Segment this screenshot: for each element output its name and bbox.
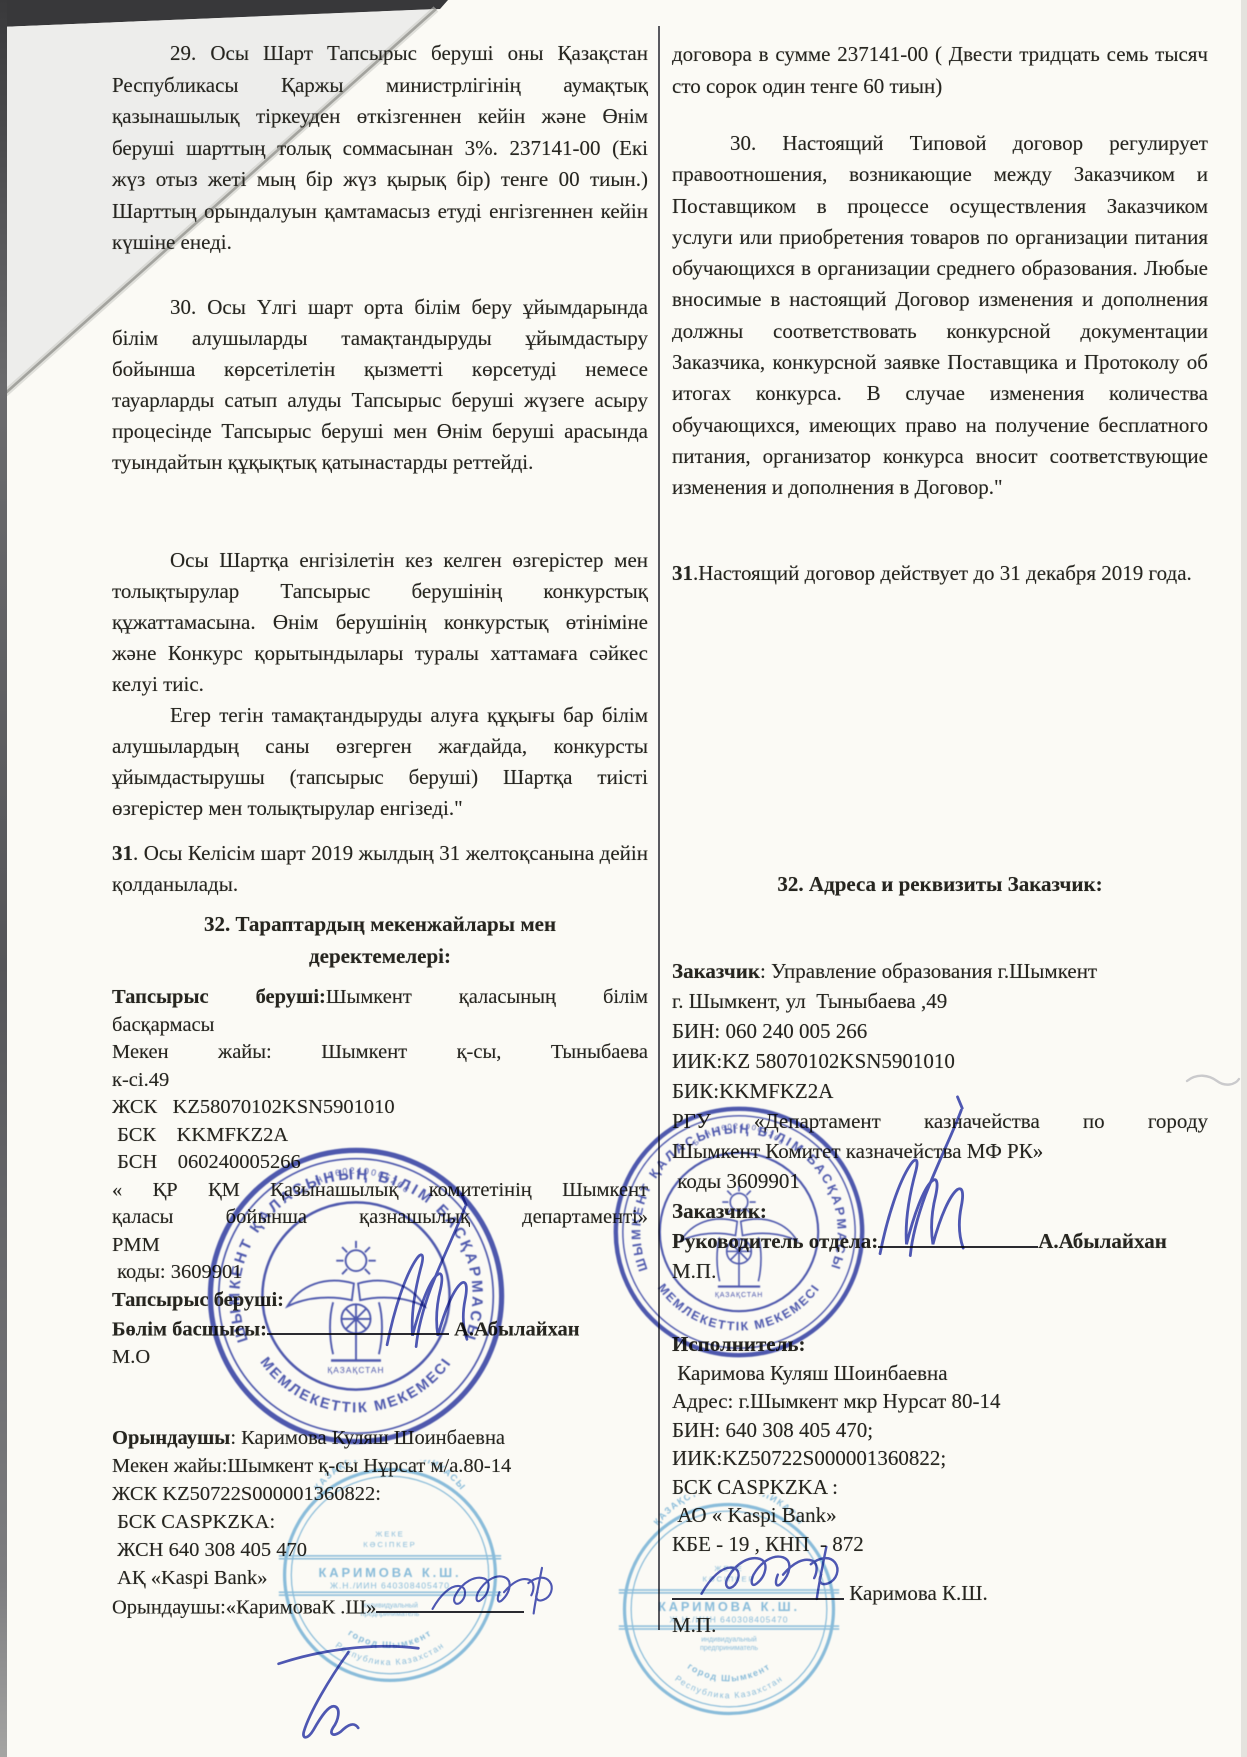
signature-karimova-left <box>428 1556 580 1636</box>
svg-text:МЕМЛЕКЕТТІК МЕКЕМЕСІ: МЕМЛЕКЕТТІК МЕКЕМЕСІ <box>257 1354 456 1416</box>
right-section-32-heading: 32. Адреса и реквизиты Заказчик: <box>672 872 1208 897</box>
scan-left-edge <box>0 0 7 1757</box>
address-line: к-сі.49 <box>112 1067 648 1095</box>
customer-label: Тапсырыс беруші: <box>112 986 326 1008</box>
clause-text: . Осы Келісім шарт 2019 жылдың 31 желтоқ… <box>112 841 648 896</box>
left-paragraph-31: 31. Осы Келісім шарт 2019 жылдың 31 желт… <box>112 838 648 900</box>
right-paragraph-sum: договора в сумме 237141-00 ( Двести трид… <box>672 38 1208 102</box>
paragraph: Осы Шартқа енгізілетін кез келген өзгері… <box>112 545 648 700</box>
stamp-lower-text: предприниматель <box>361 1610 420 1618</box>
stamp-ring-bottom-inner: город Шымкент <box>686 1661 772 1683</box>
seal-ring-bottom-text: МЕМЛЕКЕТТІК МЕКЕМЕСІ <box>655 1281 823 1334</box>
right-paragraph-30: 30. Настоящий Типовой договор регулирует… <box>672 128 1208 504</box>
left-paragraph-29: 29. Осы Шарт Тапсырыс беруші оны Қазақст… <box>112 38 648 259</box>
stamp-upper-text: ЖЕКЕ <box>375 1530 404 1539</box>
right-paragraph-31: 31.Настоящий договор действует до 31 дек… <box>672 558 1208 589</box>
bin-line: БИН: 060 240 005 266 <box>672 1016 1208 1046</box>
customer-text: Шымкент қаласының білім <box>326 986 648 1008</box>
paragraph: 31.Настоящий договор действует до 31 дек… <box>672 558 1208 589</box>
signature-abylaikhan-left <box>378 1188 496 1360</box>
seal-ring-bottom-text: МЕМЛЕКЕТТІК МЕКЕМЕСІ <box>257 1354 456 1416</box>
heading-line: деректемелері: <box>112 940 648 972</box>
clause-number: 31 <box>672 561 693 585</box>
signature-abylaikhan-right <box>862 1095 1002 1265</box>
customer-label: Заказчик <box>672 959 760 983</box>
paragraph: 29. Осы Шарт Тапсырыс беруші оны Қазақст… <box>112 38 648 259</box>
customer-line: Заказчик: Управление образования г.Шымке… <box>672 956 1208 986</box>
round-seal-education-department: ҚАЗАҚСТАН ШЫМКЕНТ ҚАЛАСЫНЫҢ БІЛІМ БАСҚАР… <box>607 1100 871 1364</box>
left-paragraph-changes: Осы Шартқа енгізілетін кез келген өзгері… <box>112 545 648 700</box>
svg-text:МЕМЛЕКЕТТІК МЕКЕМЕСІ: МЕМЛЕКЕТТІК МЕКЕМЕСІ <box>655 1281 823 1334</box>
account-line: ЖСК KZ58070102KSN5901010 <box>112 1094 648 1122</box>
left-section-32-heading: 32. Тараптардың мекенжайлары мен деректе… <box>112 908 648 972</box>
stamp-lower-text: индивидуальный <box>362 1602 418 1610</box>
paragraph: Егер тегін тамақтандыруды алуға құқығы б… <box>112 700 648 824</box>
paragraph: 31. Осы Келісім шарт 2019 жылдың 31 желт… <box>112 838 648 900</box>
stamp-lower-text: индивидуальный <box>701 1635 757 1643</box>
scanned-contract-page: { "page": { "ink_color": "#26251f", "sea… <box>0 0 1247 1757</box>
paragraph: 30. Настоящий Типовой договор регулирует… <box>672 128 1208 504</box>
stamp-upper-text: КӘСІПКЕР <box>363 1540 416 1549</box>
customer-line: Тапсырыс беруші:Шымкент қаласының білім <box>112 984 648 1012</box>
state-emblem-icon <box>681 1185 797 1286</box>
iik-line: ИИК:KZ50722S000001360822; <box>672 1444 1208 1473</box>
heading-line: 32. Тараптардың мекенжайлары мен <box>112 908 648 940</box>
bin-line: БИН: 640 308 405 470; <box>672 1416 1208 1445</box>
svg-text:город Шымкент: город Шымкент <box>686 1661 772 1683</box>
address-line: г. Шымкент, ул Тыныбаева ,49 <box>672 986 1208 1016</box>
paragraph: 30. Осы Үлгі шарт орта білім беру ұйымда… <box>112 292 648 478</box>
pencil-mark-artifact <box>1183 1062 1243 1094</box>
customer-line: басқармасы <box>112 1012 648 1040</box>
scan-right-edge <box>1241 0 1247 1757</box>
signature-karimova-right <box>688 1540 878 1618</box>
address-line: Адрес: г.Шымкент мкр Нурсат 80-14 <box>672 1387 1208 1416</box>
signature-bottom-left <box>265 1630 430 1748</box>
stamp-lower-text: предприниматель <box>700 1645 758 1652</box>
clause-number: 31 <box>112 841 133 865</box>
customer-text: : Управление образования г.Шымкент <box>760 959 1097 983</box>
seal-center-label: ҚАЗАҚСТАН <box>327 1365 384 1375</box>
left-paragraph-30: 30. Осы Үлгі шарт орта білім беру ұйымда… <box>112 292 648 478</box>
seal-center-label: ҚАЗАҚСТАН <box>715 1292 763 1299</box>
iik-line: ИИК:KZ 58070102KSN5901010 <box>672 1046 1208 1076</box>
address-line: Мекен жайы: Шымкент қ-сы, Тыныбаева <box>112 1039 648 1067</box>
paragraph: договора в сумме 237141-00 ( Двести трид… <box>672 38 1208 102</box>
left-paragraph-eger: Егер тегін тамақтандыруды алуға құқығы б… <box>112 700 648 824</box>
heading-line: 32. Адреса и реквизиты Заказчик: <box>672 872 1208 897</box>
signer-name: А.Абылайхан <box>1038 1229 1167 1253</box>
clause-text: .Настоящий договор действует до 31 декаб… <box>693 561 1192 585</box>
column-divider-line <box>658 26 660 1630</box>
